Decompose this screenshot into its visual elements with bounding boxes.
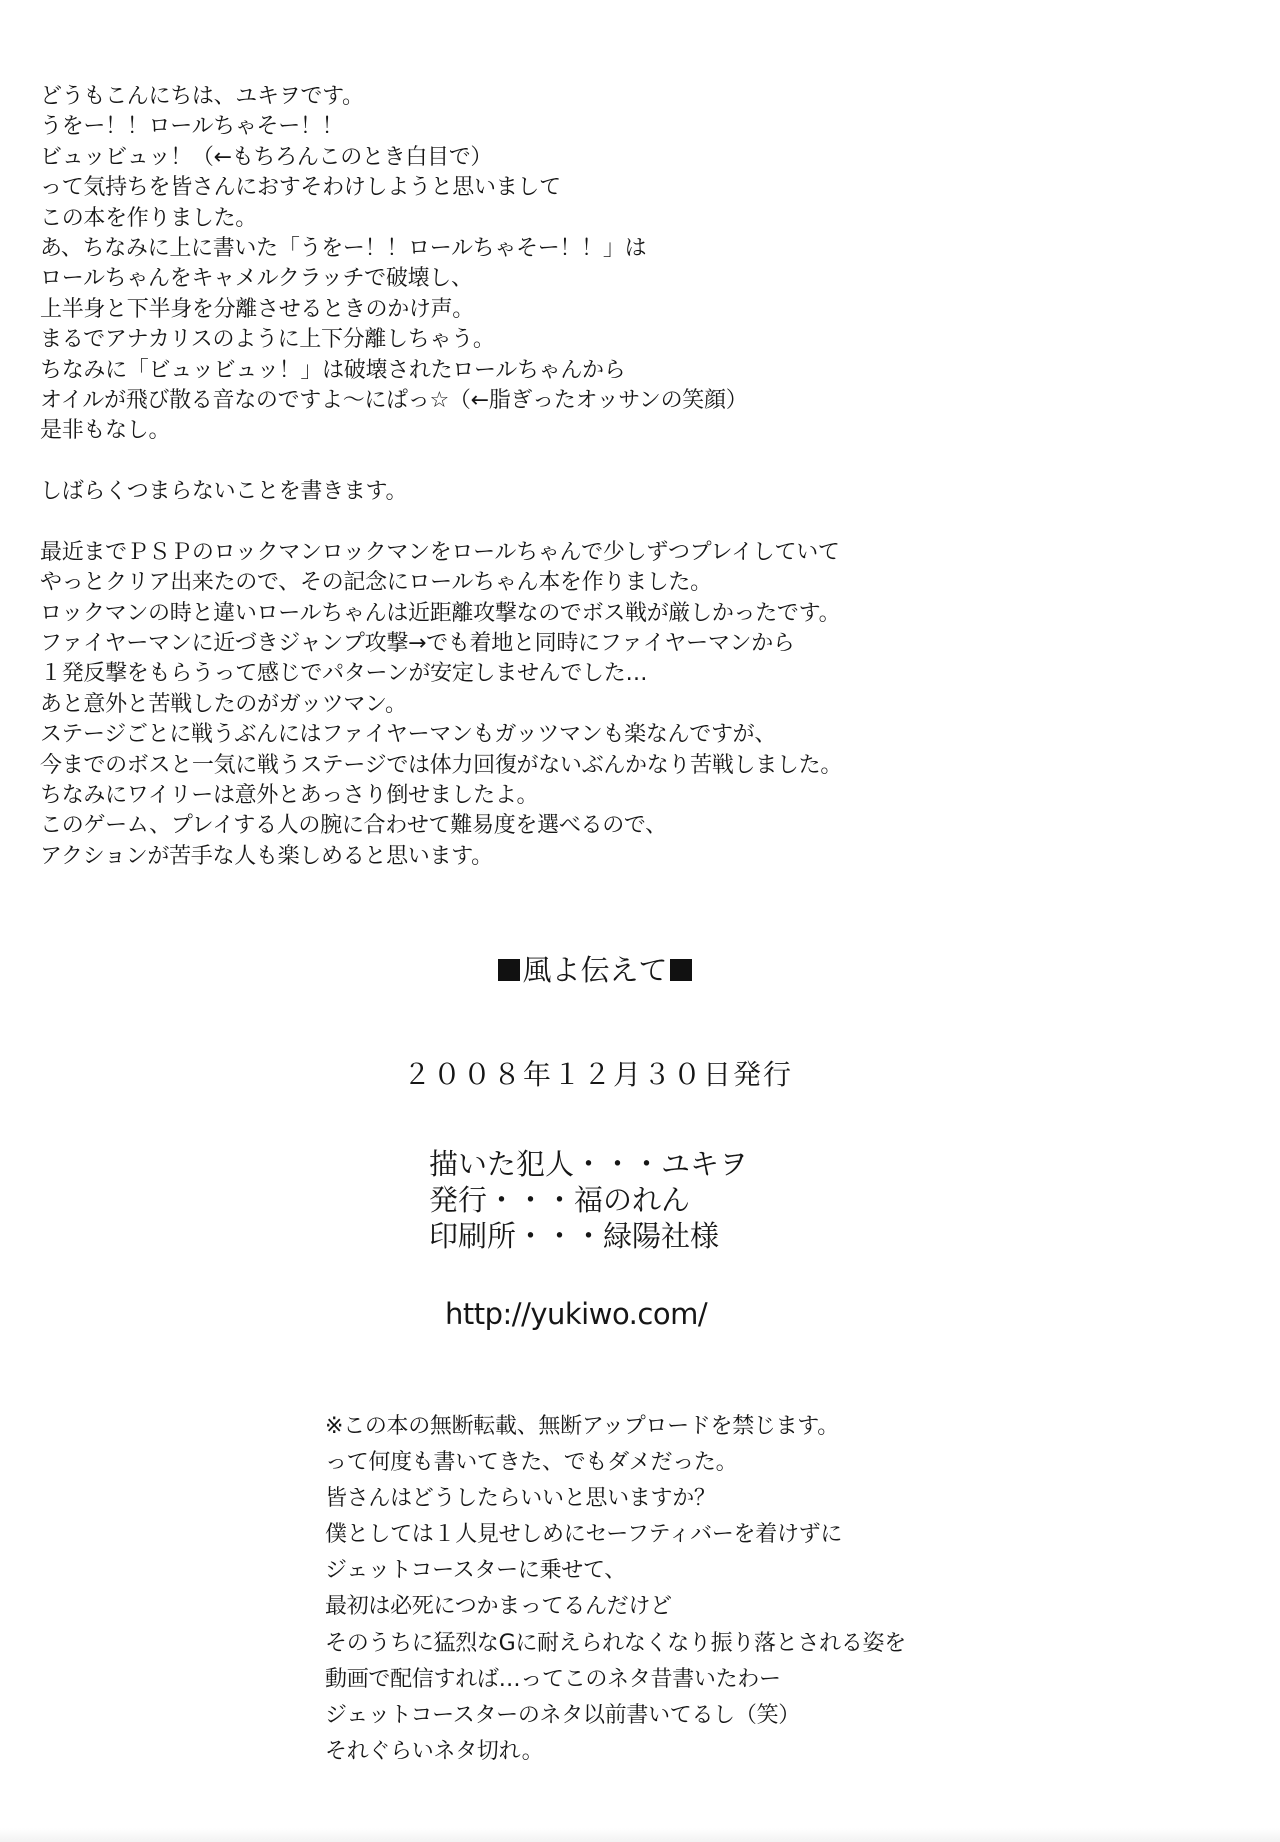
notice-line: 皆さんはどうしたらいいと思いますか？ [325,1481,906,1517]
afterword-line: あと意外と苦戦したのがガッツマン。 [40,690,1040,720]
afterword-line: １発反撃をもらうって感じでパターンが安定しませんでした… [40,659,1040,689]
credit-name: ユキヲ [661,1147,748,1181]
afterword-line: ロックマンの時と違いロールちゃんは近距離攻撃なのでボス戦が厳しかったです。 [40,599,1040,629]
book-title: 風よ伝えて [522,953,667,987]
notice-line: 動画で配信すれば…ってこのネタ昔書いたわー [325,1662,906,1698]
notice-line: そのうちに猛烈なGに耐えられなくなり振り落とされる姿を [325,1626,906,1662]
colophon-title: 風よ伝えて [0,952,1190,988]
copyright-notice: ※この本の無断転載、無断アップロードを禁じます。 って何度も書いてきた、でもダメ… [325,1409,906,1770]
website-url: http://yukiwo.com/ [445,1296,707,1332]
notice-line: ※この本の無断転載、無断アップロードを禁じます。 [325,1409,906,1445]
afterword-line: このゲーム、プレイする人の腕に合わせて難易度を選べるので、 [40,811,1040,841]
afterword-line: うをー！！ロールちゃそー！！ [40,112,1040,142]
paragraph-gap [40,507,1040,537]
black-square-icon [670,959,692,981]
afterword-line: あ、ちなみに上に書いた「うをー！！ロールちゃそー！！」は [40,234,1040,264]
notice-line: 最初は必死につかまってるんだけど [325,1589,906,1625]
paragraph-gap [40,447,1040,477]
notice-line: ジェットコースターのネタ以前書いてるし（笑） [325,1698,906,1734]
afterword-line: この本を作りました。 [40,204,1040,234]
credit-row-artist: 描いた犯人・・・ユキヲ [429,1146,748,1182]
credits: 描いた犯人・・・ユキヲ 発行・・・福のれん 印刷所・・・緑陽社様 [429,1146,748,1254]
afterword-line: ビュッビュッ！（←もちろんこのとき白目で） [40,143,1040,173]
credit-separator: ・・・ [516,1219,603,1253]
afterword-line: ちなみにワイリーは意外とあっさり倒せましたよ。 [40,781,1040,811]
credit-separator: ・・・ [574,1147,661,1181]
afterword-line: 最近までＰＳＰのロックマンロックマンをロールちゃんで少しずつプレイしていて [40,538,1040,568]
afterword-line: って気持ちを皆さんにおすそわけしようと思いまして [40,173,1040,203]
black-square-icon [498,959,520,981]
credit-name: 緑陽社様 [603,1219,719,1253]
credit-name: 福のれん [574,1183,690,1217]
publication-date: ２００８年１２月３０日発行 [403,1057,793,1093]
afterword-line: 是非もなし。 [40,416,1040,446]
afterword-line: やっとクリア出来たので、その記念にロールちゃん本を作りました。 [40,568,1040,598]
notice-line: って何度も書いてきた、でもダメだった。 [325,1445,906,1481]
afterword-line: 今までのボスと一気に戦うステージでは体力回復がないぶんかなり苦戦しました。 [40,751,1040,781]
afterword-line: 上半身と下半身を分離させるときのかけ声。 [40,295,1040,325]
credit-role: 描いた犯人 [429,1147,574,1181]
afterword-text: どうもこんにちは、ユキヲです。 うをー！！ロールちゃそー！！ ビュッビュッ！（←… [40,82,1040,872]
credit-separator: ・・・ [487,1183,574,1217]
notice-line: それぐらいネタ切れ。 [325,1734,906,1770]
afterword-line: どうもこんにちは、ユキヲです。 [40,82,1040,112]
paper-edge-shadow [0,1828,1280,1842]
credit-role: 印刷所 [429,1219,516,1253]
afterword-line: ロールちゃんをキャメルクラッチで破壊し、 [40,264,1040,294]
afterword-line: ファイヤーマンに近づきジャンプ攻撃→でも着地と同時にファイヤーマンから [40,629,1040,659]
notice-line: ジェットコースターに乗せて、 [325,1553,906,1589]
afterword-line: オイルが飛び散る音なのですよ～にぱっ☆（←脂ぎったオッサンの笑顔） [40,386,1040,416]
afterword-line: ステージごとに戦うぶんにはファイヤーマンもガッツマンも楽なんですが、 [40,720,1040,750]
notice-line: 僕としては１人見せしめにセーフティバーを着けずに [325,1517,906,1553]
credit-row-publisher: 発行・・・福のれん [429,1182,748,1218]
afterword-line: まるでアナカリスのように上下分離しちゃう。 [40,325,1040,355]
book-page: どうもこんにちは、ユキヲです。 うをー！！ロールちゃそー！！ ビュッビュッ！（←… [0,0,1280,1842]
afterword-line: しばらくつまらないことを書きます。 [40,477,1040,507]
credit-role: 発行 [429,1183,487,1217]
credit-row-printer: 印刷所・・・緑陽社様 [429,1218,748,1254]
afterword-line: アクションが苦手な人も楽しめると思います。 [40,842,1040,872]
afterword-line: ちなみに「ビュッビュッ！」は破壊されたロールちゃんから [40,356,1040,386]
